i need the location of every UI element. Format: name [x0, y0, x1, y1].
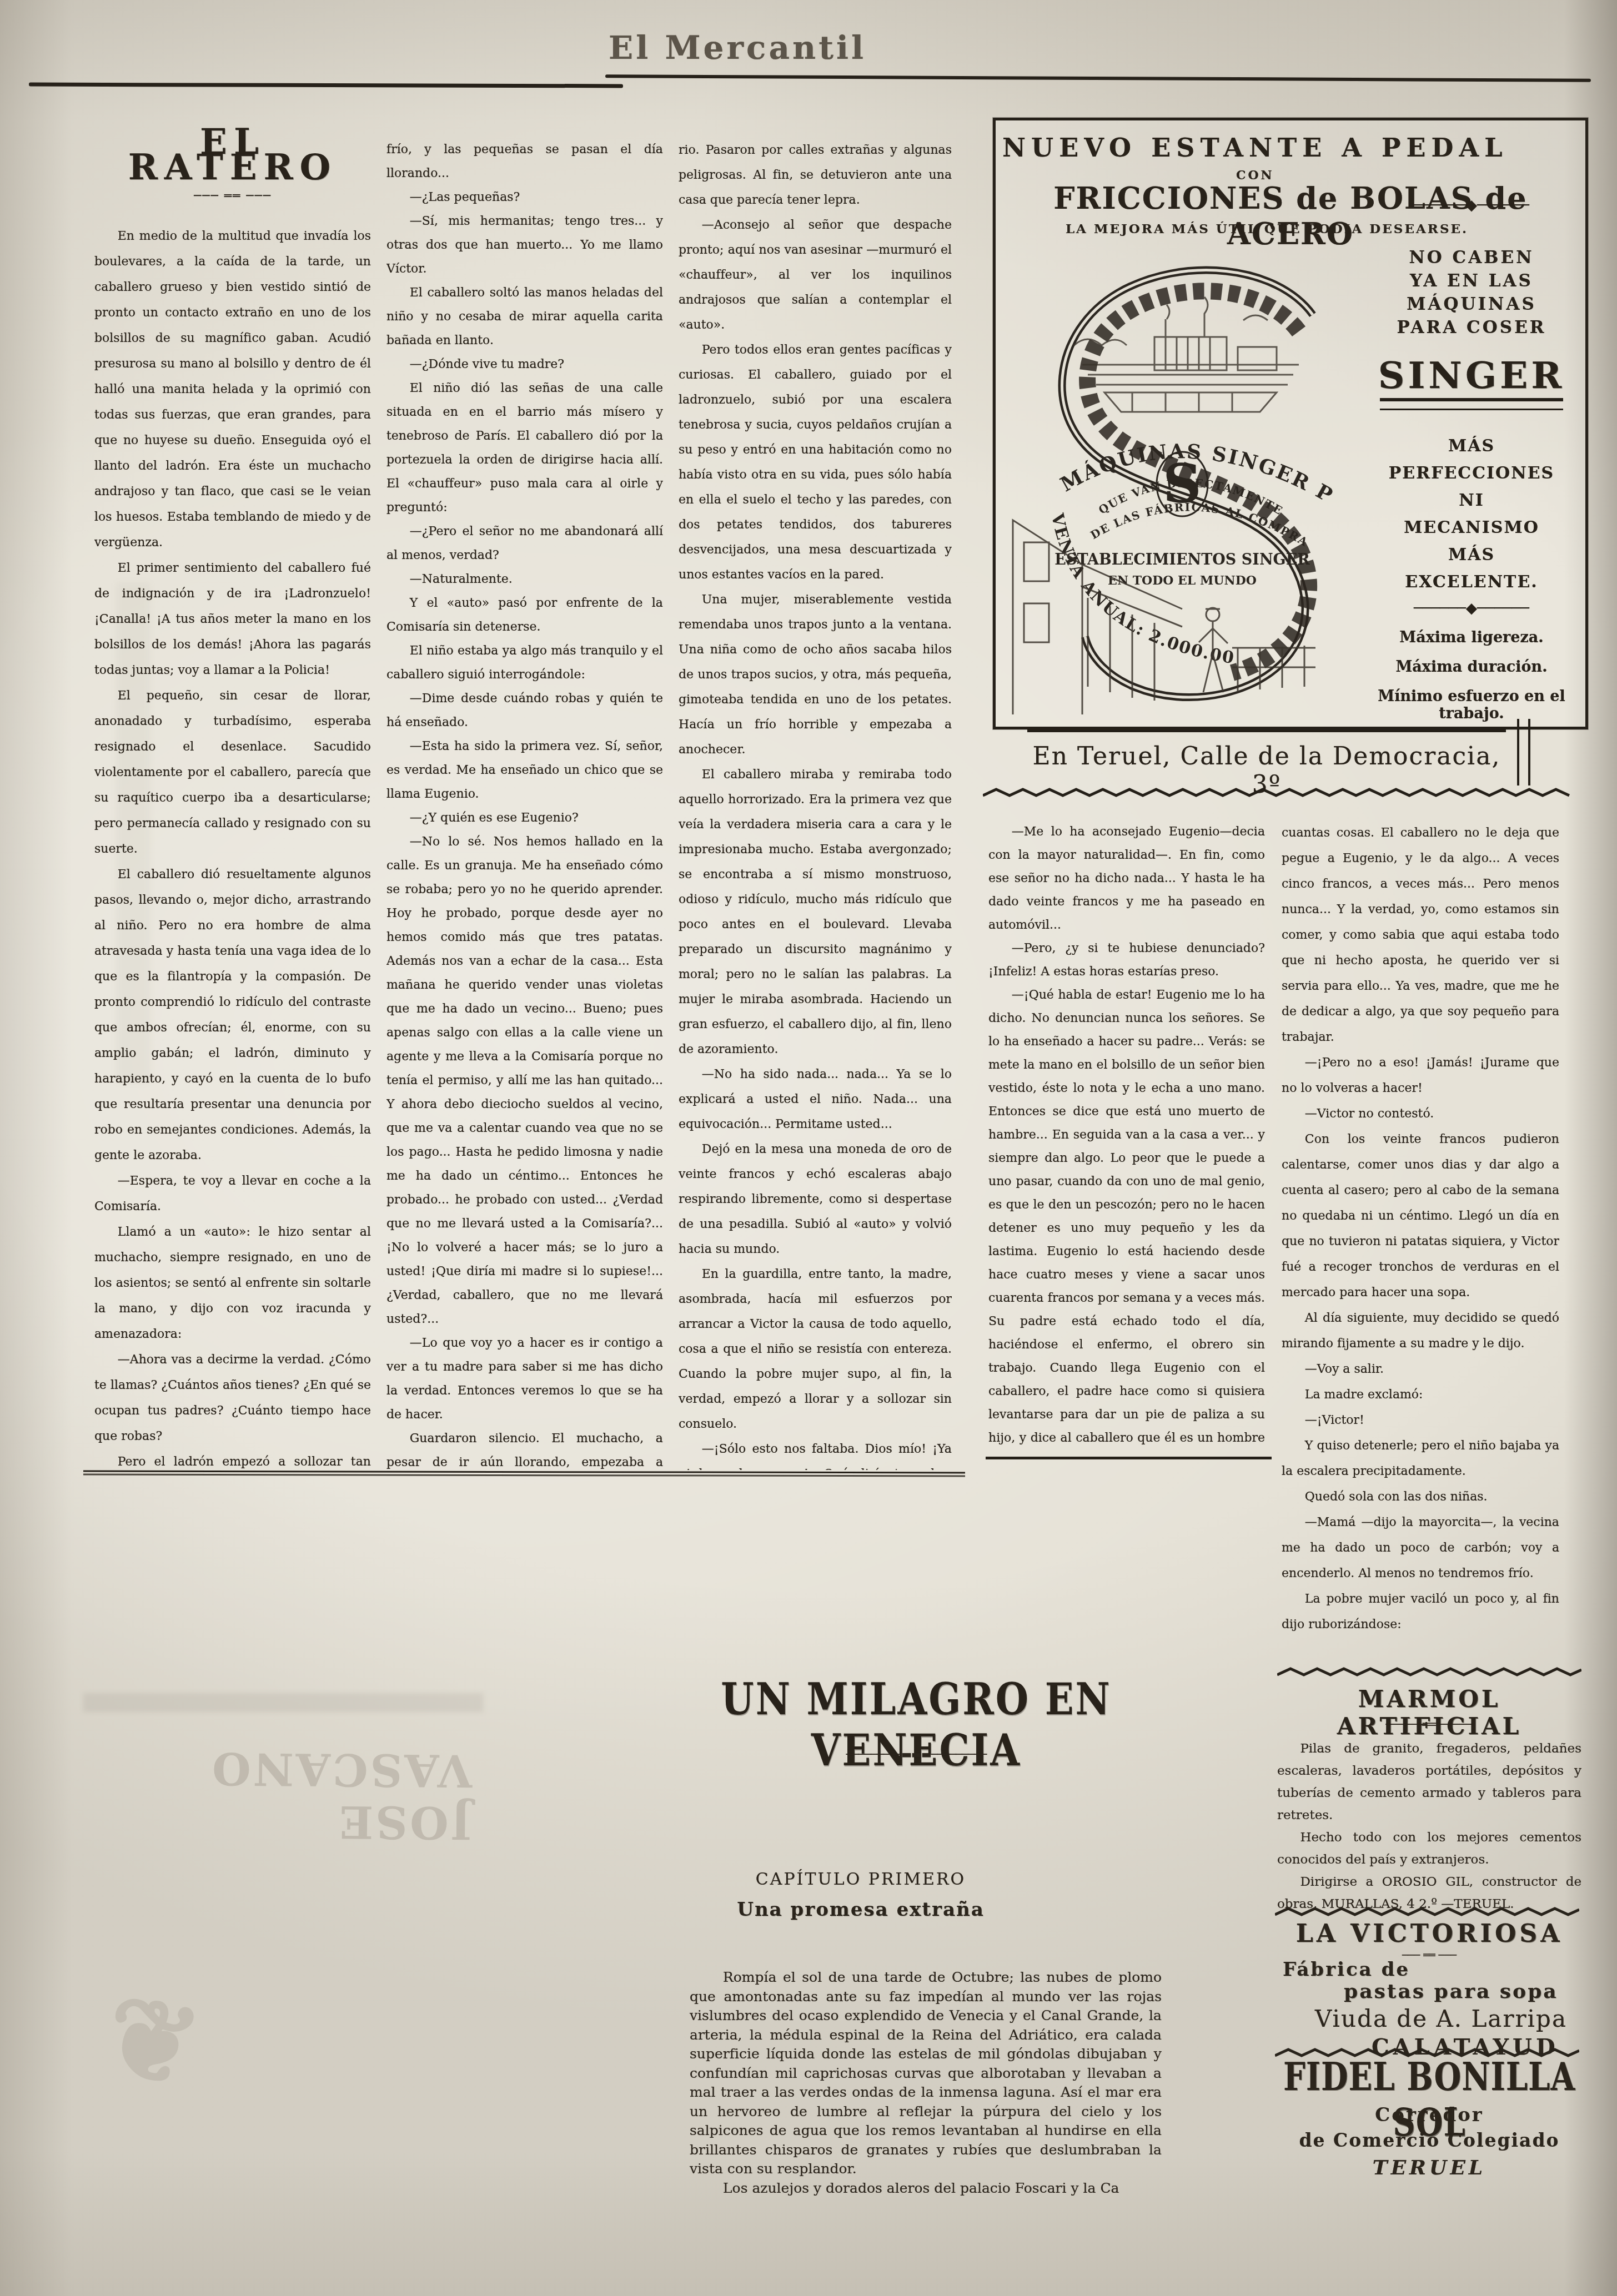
paragraph: Con los veinte francos pudieron calentar… — [1282, 1127, 1559, 1306]
paragraph: El niño estaba ya algo más tranquilo y e… — [386, 639, 663, 687]
masthead-rule-left — [29, 83, 623, 88]
paragraph: —No ha sido nada... nada... Ya se lo exp… — [679, 1062, 952, 1137]
story-column-5-text: cuantas cosas. El caballero no le deja q… — [1282, 820, 1559, 1639]
story-column-1-text: En medio de la multitud que invadía los … — [94, 224, 371, 1471]
paragraph: En medio de la multitud que invadía los … — [94, 224, 371, 556]
singer-ad-right-column: ──────◆────── NO CABEN YA EN LAS MÁQUINA… — [1363, 193, 1580, 722]
paragraph: —¿Dónde vive tu madre? — [386, 353, 663, 376]
bonilla-role-line2: de Comercio Colegiado — [1277, 2129, 1581, 2151]
paragraph: —Sí, mis hermanitas; tengo tres... y otr… — [386, 209, 663, 281]
singer-no-caben-text: NO CABEN YA EN LAS MÁQUINAS PARA COSER — [1363, 246, 1580, 339]
paragraph: —Aconsejo al señor que despache pronto; … — [679, 213, 952, 338]
paragraph: Quedó sola con las dos niñas. — [1282, 1484, 1559, 1510]
paragraph: —Pero, ¿y si te hubiese denunciado? ¡Inf… — [988, 937, 1265, 984]
paragraph: —No lo sé. Nos hemos hallado en la calle… — [386, 830, 663, 1331]
diamond-ornament: ──────◆────── — [1363, 600, 1580, 617]
story-column-2: frío, y las pequeñas se pasan el día llo… — [386, 138, 663, 1470]
paragraph: Llamó a un «auto»: le hizo sentar al muc… — [94, 1220, 371, 1347]
ink-bleed-smudge — [83, 1693, 483, 1712]
singer-estab-line1: ESTABLECIMIENTOS SINGER — [1054, 551, 1310, 568]
story-column-1: EL RATERO ─── ══ ─── En medio de la mult… — [94, 114, 371, 1471]
chapter-text: Rompía el sol de una tarde de Octubre; l… — [690, 1968, 1162, 2198]
zigzag-divider — [1275, 1906, 1579, 1917]
paragraph: Y el «auto» pasó por enfrente de la Comi… — [386, 591, 663, 639]
chapter-heading: CAPÍTULO PRIMERO — [689, 1870, 1033, 1889]
masthead-title: El Mercantil — [582, 29, 893, 67]
svg-text:S: S — [1163, 452, 1201, 515]
paragraph: El primer sentimiento del caballero fué … — [94, 556, 371, 683]
paragraph: cuantas cosas. El caballero no le deja q… — [1282, 820, 1559, 1050]
paragraph: —No, hija mía. Vale más que estemos sin … — [1282, 1638, 1559, 1639]
section-rule-column4 — [986, 1457, 1272, 1459]
paragraph: —Me lo ha aconsejado Eugenio—decia con l… — [988, 820, 1265, 937]
victoriosa-ad-title: LA VICTORIOSA — [1277, 1920, 1581, 1948]
singer-brand-logo: SINGER — [1363, 354, 1580, 397]
shop-scene-sketch — [1013, 520, 1315, 714]
singer-advertisement: NUEVO ESTANTE A PEDAL CON FRICCIONES de … — [993, 118, 1588, 729]
story-column-3-text: rio. Pasaron por calles extrañas y algun… — [679, 138, 952, 1470]
paragraph: El pequeño, sin cesar de llorar, anonada… — [94, 683, 371, 862]
paragraph: —¿Y quién es ese Eugenio? — [386, 806, 663, 830]
paragraph: El caballero dió resueltamente algunos p… — [94, 862, 371, 1169]
story-column-4: —Me lo ha aconsejado Eugenio—decia con l… — [988, 820, 1265, 1453]
paragraph: Guardaron silencio. El muchacho, a pesar… — [386, 1427, 663, 1470]
section-rule-left — [83, 1471, 965, 1474]
paragraph: Una mujer, miserablemente vestida remend… — [679, 587, 952, 762]
paragraph: —Esta ha sido la primera vez. Sí, señor,… — [386, 734, 663, 806]
marmol-ad-title: MARMOL ARTIFICIAL — [1277, 1685, 1581, 1740]
paragraph: Hecho todo con los mejores cementos cono… — [1277, 1826, 1581, 1871]
paragraph: —¿Las pequeñas? — [386, 185, 663, 209]
paragraph: Al día siguiente, muy decidido se quedó … — [1282, 1306, 1559, 1357]
bleedthrough-flourish-icon: ❦ — [93, 1968, 211, 2115]
serial-title-divider: ─────────▬▬▬───────── — [794, 1748, 1038, 1761]
marmol-ad-text: Pilas de granito, fregaderos, peldañes e… — [1277, 1738, 1581, 1915]
singer-feature-1: Máxima ligereza. — [1363, 629, 1580, 646]
zigzag-divider — [1277, 1666, 1581, 1678]
story-column-4-text: —Me lo ha aconsejado Eugenio—decia con l… — [988, 820, 1265, 1453]
paragraph: El niño dió las señas de una calle situa… — [386, 376, 663, 520]
paragraph: Pilas de granito, fregaderos, peldañes e… — [1277, 1738, 1581, 1826]
paragraph: frío, y las pequeñas se pasan el día llo… — [386, 138, 663, 185]
story-column-3: rio. Pasaron por calles extrañas y algun… — [679, 138, 952, 1470]
diamond-ornament: ──────◆────── — [1363, 197, 1580, 214]
singer-slogan: MÁS PERFECCIONES NI MECANISMO MÁS EXCELE… — [1363, 432, 1580, 596]
bleedthrough-reversed-text: JOSE VASCANO — [83, 1741, 473, 1849]
singer-ad-address-strip: En Teruel, Calle de la Democracia, 3º — [1027, 728, 1506, 793]
paragraph: —Mamá —dijo la mayorcita—, la vecina me … — [1282, 1510, 1559, 1587]
singer-feature-2: Máxima duración. — [1363, 658, 1580, 676]
factory-scene-sketch — [1074, 297, 1299, 412]
singer-ad-headline: NUEVO ESTANTE A PEDAL — [996, 133, 1515, 163]
paragraph: Pero el ladrón empezó a sollozar tan con… — [94, 1449, 371, 1471]
story-column-2-text: frío, y las pequeñas se pasan el día llo… — [386, 138, 663, 1470]
bonilla-role-line1: Corredor — [1277, 2104, 1581, 2126]
paragraph: —¿Pero el señor no me abandonará allí al… — [386, 520, 663, 567]
singer-brand-underline — [1380, 398, 1563, 410]
paragraph: —¡Pero no a eso! ¡Jamás! ¡Jurame que no … — [1282, 1050, 1559, 1101]
paragraph: La pobre mujer vaciló un poco y, al fin … — [1282, 1587, 1559, 1638]
paragraph: —Ahora vas a decirme la verdad. ¿Cómo te… — [94, 1347, 371, 1449]
victoriosa-line3: Viuda de A. Larripa — [1315, 2005, 1567, 2032]
marmol-ornament: ───── ══ ───── — [1277, 1718, 1581, 1731]
paragraph: El caballero soltó las manos heladas del… — [386, 281, 663, 353]
paragraph: rio. Pasaron por calles extrañas y algun… — [679, 138, 952, 213]
bonilla-city: TERUEL — [1277, 2156, 1581, 2179]
story-column-5: cuantas cosas. El caballero no le deja q… — [1282, 820, 1559, 1639]
singer-feature-3: Mínimo esfuerzo en el trabajo. — [1363, 688, 1580, 722]
paragraph: La madre exclamó: — [1282, 1382, 1559, 1408]
paragraph: El caballero miraba y remiraba todo aque… — [679, 762, 952, 1062]
zigzag-divider — [983, 787, 1583, 798]
victoriosa-line1: Fábrica de — [1283, 1958, 1410, 1981]
paragraph: —Voy a salir. — [1282, 1357, 1559, 1382]
masthead-rule-right — [605, 74, 1591, 82]
paragraph: Y quiso detenerle; pero el niño bajaba y… — [1282, 1433, 1559, 1484]
chapter-subtitle: Una promesa extraña — [689, 1899, 1033, 1921]
story-title: EL RATERO — [94, 129, 371, 180]
paragraph: Pero todos ellos eran gentes pacíficas y… — [679, 338, 952, 587]
paragraph: —Dime desde cuándo robas y quién te há e… — [386, 687, 663, 734]
paragraph: Dejó en la mesa una moneda de oro de vei… — [679, 1137, 952, 1262]
singer-monogram: S — [1157, 452, 1208, 516]
singer-s-factory-illustration: MÁQUINAS SINGER PARA COSER QUE VAN DIREC… — [999, 254, 1360, 714]
paragraph: —¡Sólo esto nos faltaba. Dios mío! ¡Ya n… — [679, 1437, 952, 1470]
paragraph: —Victor no contestó. — [1282, 1101, 1559, 1127]
paragraph: En la guardilla, entre tanto, la madre, … — [679, 1262, 952, 1437]
paragraph: —Lo que voy yo a hacer es ir contigo a v… — [386, 1331, 663, 1427]
paragraph: Los azulejos y dorados aleros del palaci… — [690, 2179, 1162, 2198]
serial-novel-title: UN MILAGRO EN VENECIA — [661, 1674, 1172, 1776]
paragraph: —Naturalmente. — [386, 567, 663, 591]
paragraph: —¡Victor! — [1282, 1408, 1559, 1433]
newspaper-page: JOSE VASCANO ❦ El Mercantil EL RATERO ──… — [0, 0, 1617, 2296]
paragraph: Rompía el sol de una tarde de Octubre; l… — [690, 1968, 1162, 2179]
paragraph: —Espera, te voy a llevar en coche a la C… — [94, 1169, 371, 1220]
victoriosa-line2: pastas para sopa — [1344, 1980, 1558, 2003]
paragraph: —¡Qué habla de estar! Eugenio me lo ha d… — [988, 984, 1265, 1453]
